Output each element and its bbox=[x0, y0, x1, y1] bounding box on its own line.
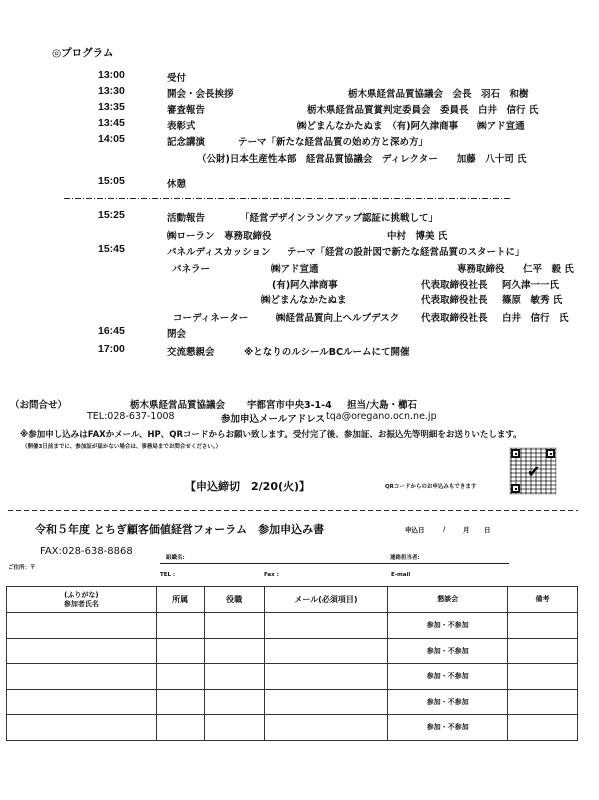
contact-address: 宇都宮市中央3-1-4 bbox=[247, 397, 332, 411]
affiliation-cell[interactable] bbox=[156, 715, 204, 741]
tel-label[interactable]: TEL : bbox=[160, 572, 175, 578]
panelist-title: 専務取締役 bbox=[457, 261, 505, 275]
program-item: 記念講演 bbox=[167, 134, 205, 148]
coordinator-label: コーディネーター bbox=[173, 310, 248, 324]
program-detail: 栃木県経営品質賞判定委員会 委員長 白井 信行 氏 bbox=[307, 102, 538, 116]
table-row: 参加・不参加 bbox=[7, 613, 578, 639]
qr-finder-icon bbox=[511, 484, 520, 493]
contact-org: 栃木県経営品質協議会 bbox=[130, 397, 225, 411]
panelist-name: 阿久津一一氏 bbox=[502, 277, 559, 291]
email-cell[interactable] bbox=[264, 664, 388, 690]
reception-cell[interactable]: 参加・不参加 bbox=[388, 715, 508, 741]
cut-line-divider bbox=[8, 510, 578, 511]
qr-finder-icon bbox=[546, 449, 555, 458]
qr-caption: QRコードからのお申込みもできます bbox=[385, 482, 476, 490]
contact-person-underline bbox=[387, 563, 509, 564]
program-item: パネルディスカッション bbox=[167, 244, 270, 258]
program-time: 15:25 bbox=[98, 209, 125, 221]
program-subdetail: （公財)日本生産性本部 経営品質協議会 ディレクター 加藤 八十司 氏 bbox=[197, 151, 527, 165]
program-time: 13:00 bbox=[98, 69, 125, 81]
email-label[interactable]: E-mail bbox=[391, 572, 410, 578]
program-time: 13:35 bbox=[98, 101, 125, 113]
position-cell[interactable] bbox=[204, 613, 264, 639]
affiliation-cell[interactable] bbox=[156, 638, 204, 664]
program-detail: 栃木県経営品質協議会 会長 羽石 和樹 bbox=[348, 86, 529, 100]
apply-date-label: 申込日 bbox=[405, 525, 425, 534]
coordinator-title: 代表取締役社長 bbox=[421, 310, 488, 324]
affiliation-cell[interactable] bbox=[156, 613, 204, 639]
column-header-position: 役職 bbox=[204, 587, 264, 613]
program-time: 15:45 bbox=[98, 243, 125, 255]
contact-email[interactable]: tqa@oregano.ocn.ne.jp bbox=[326, 411, 437, 422]
position-cell[interactable] bbox=[204, 689, 264, 715]
program-item: 受付 bbox=[167, 70, 186, 84]
program-time: 15:05 bbox=[98, 175, 125, 187]
remarks-cell[interactable] bbox=[508, 664, 578, 690]
program-detail: テーマ「経営の設計図で新たな経営品質のスタートに」 bbox=[287, 244, 525, 258]
name-cell[interactable] bbox=[7, 715, 157, 741]
program-detail: 「経営デザインランクアップ認証に挑戦して」 bbox=[240, 210, 438, 224]
form-title: 令和５年度 とちぎ顧客価値経営フォーラム 参加申込み書 bbox=[35, 521, 324, 537]
column-header-reception: 懇談会 bbox=[388, 587, 508, 613]
column-header-affiliation: 所属 bbox=[156, 587, 204, 613]
qr-finder-icon bbox=[511, 449, 520, 458]
panelist-name: 篠原 敏秀 氏 bbox=[502, 292, 562, 306]
section-divider bbox=[64, 198, 510, 199]
program-item: 開会・会長挨拶 bbox=[167, 86, 234, 100]
panelist-name: 仁平 毅 氏 bbox=[523, 261, 574, 275]
table-header-row: (ふりがな) 参加者氏名 所属 役職 メール(必須項目) 懇談会 備考 bbox=[7, 587, 578, 613]
org-label[interactable]: 組織名: bbox=[166, 553, 185, 561]
org-underline bbox=[160, 563, 387, 564]
contact-email-label: 参加申込メールアドレス bbox=[221, 411, 325, 425]
position-cell[interactable] bbox=[204, 664, 264, 690]
table-row: 参加・不参加 bbox=[7, 638, 578, 664]
contact-staff: 担当/大島・櫛石 bbox=[347, 397, 417, 411]
panelist-company: ㈱アド宣通 bbox=[271, 261, 319, 275]
panelist-company: ㈱どまんなかたぬま bbox=[261, 292, 347, 306]
program-item: 活動報告 bbox=[167, 210, 205, 224]
position-cell[interactable] bbox=[204, 638, 264, 664]
address-label[interactable]: ご住所：〒 bbox=[8, 563, 36, 571]
notice-subtext: （開催3日前までに、参加証が届かない場合は、事務局までお問合せください。） bbox=[22, 442, 221, 450]
program-time: 13:30 bbox=[98, 85, 125, 97]
reception-cell[interactable]: 参加・不参加 bbox=[388, 613, 508, 639]
panelist-title: 代表取締役社長 bbox=[421, 292, 488, 306]
program-item: 休憩 bbox=[167, 176, 186, 190]
program-time: 17:00 bbox=[98, 343, 125, 355]
program-item: 閉会 bbox=[167, 326, 186, 340]
remarks-cell[interactable] bbox=[508, 638, 578, 664]
checkmark-icon: ✔ bbox=[527, 462, 540, 481]
name-cell[interactable] bbox=[7, 664, 157, 690]
deadline-label: 【申込締切 2/20(火)】 bbox=[185, 478, 310, 494]
email-cell[interactable] bbox=[264, 715, 388, 741]
panelist-company: (有)阿久津商事 bbox=[272, 277, 338, 291]
table-row: 参加・不参加 bbox=[7, 689, 578, 715]
reception-cell[interactable]: 参加・不参加 bbox=[388, 689, 508, 715]
table-row: 参加・不参加 bbox=[7, 715, 578, 741]
name-cell[interactable] bbox=[7, 638, 157, 664]
column-header-name: (ふりがな) 参加者氏名 bbox=[7, 587, 157, 613]
email-cell[interactable] bbox=[264, 638, 388, 664]
remarks-cell[interactable] bbox=[508, 613, 578, 639]
program-time: 13:45 bbox=[98, 117, 125, 129]
column-header-remarks: 備考 bbox=[508, 587, 578, 613]
program-detail: ※となりのルシールBCルームにて開催 bbox=[244, 344, 410, 358]
notice-text: ※参加申し込みはFAXかメール、HP、QRコードからお願い致します。受付完了後、… bbox=[20, 428, 522, 440]
program-item: 表彰式 bbox=[167, 118, 196, 132]
panelist-label: パネラー bbox=[172, 261, 210, 275]
coordinator-name: 白井 信行 氏 bbox=[502, 310, 569, 324]
position-cell[interactable] bbox=[204, 715, 264, 741]
email-cell[interactable] bbox=[264, 689, 388, 715]
qr-code-icon[interactable]: ✔ bbox=[509, 447, 557, 495]
program-heading: ◎プログラム bbox=[52, 45, 114, 60]
fax-label[interactable]: Fax : bbox=[264, 572, 279, 578]
apply-month-label: 月 bbox=[463, 525, 470, 534]
contact-tel: TEL:028-637-1008 bbox=[87, 411, 175, 422]
coordinator-company: ㈱経営品質向上ヘルプデスク bbox=[276, 310, 399, 324]
form-fax: FAX:028-638-8868 bbox=[40, 546, 133, 557]
contact-person-label[interactable]: 連絡担当者: bbox=[390, 553, 420, 561]
header-furigana: (ふりがな) bbox=[7, 591, 156, 599]
reception-cell[interactable]: 参加・不参加 bbox=[388, 638, 508, 664]
program-item: 審査報告 bbox=[167, 102, 205, 116]
affiliation-cell[interactable] bbox=[156, 689, 204, 715]
table-row: 参加・不参加 bbox=[7, 664, 578, 690]
apply-day-label: 日 bbox=[484, 525, 491, 534]
remarks-cell[interactable] bbox=[508, 715, 578, 741]
program-detail: テーマ「新たな経営品質の始め方と深め方」 bbox=[238, 134, 428, 148]
reception-cell[interactable]: 参加・不参加 bbox=[388, 664, 508, 690]
program-time: 14:05 bbox=[98, 133, 125, 145]
program-time: 16:45 bbox=[98, 325, 125, 337]
program-subname: 中村 博美 氏 bbox=[387, 228, 447, 242]
name-cell[interactable] bbox=[7, 689, 157, 715]
application-table: (ふりがな) 参加者氏名 所属 役職 メール(必須項目) 懇談会 備考 参加・不… bbox=[6, 586, 578, 741]
panelist-title: 代表取締役社長 bbox=[421, 277, 488, 291]
remarks-cell[interactable] bbox=[508, 689, 578, 715]
email-cell[interactable] bbox=[264, 613, 388, 639]
affiliation-cell[interactable] bbox=[156, 664, 204, 690]
program-subcompany: ㈱ローラン 専務取締役 bbox=[167, 228, 272, 242]
contact-label: （お問合せ） bbox=[10, 397, 67, 411]
name-cell[interactable] bbox=[7, 613, 157, 639]
apply-date-sep: / bbox=[443, 525, 445, 533]
program-detail: ㈱どまんなかたぬま （有)阿久津商事 ㈱アド宣通 bbox=[297, 118, 525, 132]
program-item: 交流懇親会 bbox=[167, 344, 215, 358]
header-participant-name: 参加者氏名 bbox=[7, 600, 156, 608]
column-header-email: メール(必須項目) bbox=[264, 587, 388, 613]
